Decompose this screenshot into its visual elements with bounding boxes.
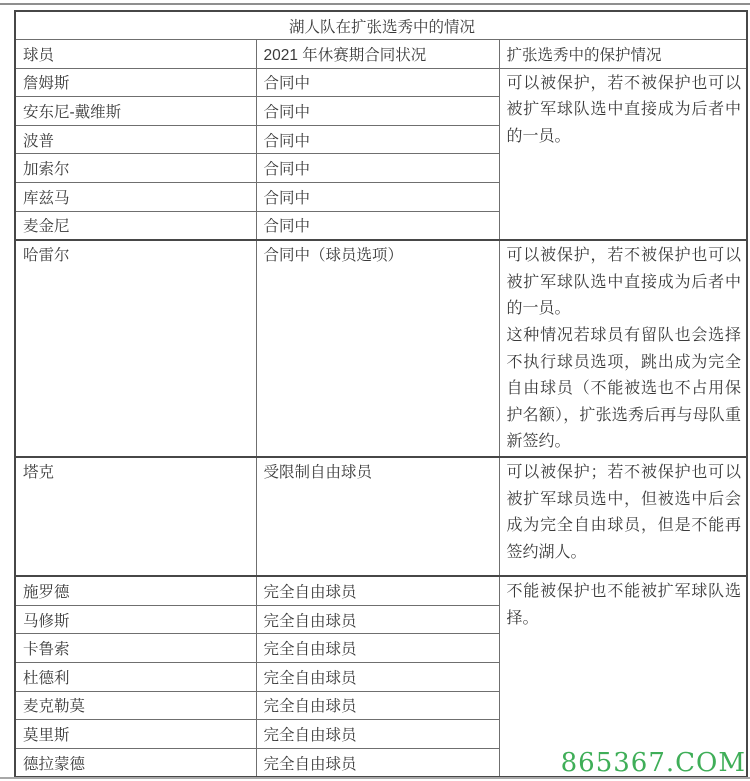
protection-text: 可以被保护，若不被保护也可以被扩军球队选中直接成为后者中的一员。: [507, 71, 742, 151]
player-name-cell: 哈雷尔: [15, 240, 256, 457]
contract-status-cell: 完全自由球员: [256, 691, 499, 720]
protection-cell: 可以被保护；若不被保护也可以被扩军球员选中，但被选中后会成为完全自由球员，但是不…: [499, 457, 747, 576]
contract-status-cell: 合同中: [256, 211, 499, 240]
player-name-cell: 麦克勒莫: [15, 691, 256, 720]
contract-status-cell: 合同中: [256, 68, 499, 97]
contract-status-cell: 完全自由球员: [256, 576, 499, 605]
protection-text: 不能被保护也不能被扩军球队选择。: [507, 579, 742, 632]
protection-text: 可以被保护，若不被保护也可以被扩军球队选中直接成为后者中的一员。: [507, 243, 742, 323]
lakers-expansion-draft-table: 湖人队在扩张选秀中的情况 球员 2021 年休赛期合同状况 扩张选秀中的保护情况…: [14, 10, 748, 778]
header-player: 球员: [15, 40, 256, 69]
protection-cell: 可以被保护，若不被保护也可以被扩军球队选中直接成为后者中的一员。: [499, 68, 747, 240]
player-name-cell: 安东尼-戴维斯: [15, 97, 256, 126]
contract-status-cell: 合同中: [256, 125, 499, 154]
player-name-cell: 杜德利: [15, 662, 256, 691]
contract-status-cell: 完全自由球员: [256, 605, 499, 634]
protection-text: 这种情况若球员有留队也会选择不执行球员选项，跳出成为完全自由球员（不能被选也不占…: [507, 323, 742, 456]
table-row: 塔克 受限制自由球员 可以被保护；若不被保护也可以被扩军球员选中，但被选中后会成…: [15, 457, 747, 576]
contract-status-cell: 合同中（球员选项）: [256, 240, 499, 457]
header-protection-status: 扩张选秀中的保护情况: [499, 40, 747, 69]
watermark-text: 865367.COM: [561, 748, 746, 778]
header-contract-status: 2021 年休赛期合同状况: [256, 40, 499, 69]
table-row: 施罗德 完全自由球员 不能被保护也不能被扩军球队选择。: [15, 576, 747, 605]
table-header-row: 球员 2021 年休赛期合同状况 扩张选秀中的保护情况: [15, 40, 747, 69]
protection-cell: 可以被保护，若不被保护也可以被扩军球队选中直接成为后者中的一员。 这种情况若球员…: [499, 240, 747, 457]
contract-status-cell: 完全自由球员: [256, 634, 499, 663]
contract-status-cell: 完全自由球员: [256, 748, 499, 777]
player-name-cell: 塔克: [15, 457, 256, 576]
player-name-cell: 詹姆斯: [15, 68, 256, 97]
player-name-cell: 马修斯: [15, 605, 256, 634]
contract-status-cell: 完全自由球员: [256, 662, 499, 691]
player-name-cell: 加索尔: [15, 154, 256, 183]
contract-status-cell: 受限制自由球员: [256, 457, 499, 576]
player-name-cell: 库兹马: [15, 182, 256, 211]
top-rule: [0, 3, 750, 5]
table-row: 詹姆斯 合同中 可以被保护，若不被保护也可以被扩军球队选中直接成为后者中的一员。: [15, 68, 747, 97]
protection-text: 可以被保护；若不被保护也可以被扩军球员选中，但被选中后会成为完全自由球员，但是不…: [507, 460, 742, 566]
player-name-cell: 麦金尼: [15, 211, 256, 240]
contract-status-cell: 完全自由球员: [256, 720, 499, 749]
player-name-cell: 德拉蒙德: [15, 748, 256, 777]
contract-status-cell: 合同中: [256, 97, 499, 126]
player-name-cell: 波普: [15, 125, 256, 154]
player-name-cell: 莫里斯: [15, 720, 256, 749]
table-row: 哈雷尔 合同中（球员选项） 可以被保护，若不被保护也可以被扩军球队选中直接成为后…: [15, 240, 747, 457]
table-title-row: 湖人队在扩张选秀中的情况: [15, 11, 747, 40]
bottom-rule: [0, 777, 750, 779]
player-name-cell: 卡鲁索: [15, 634, 256, 663]
contract-status-cell: 合同中: [256, 154, 499, 183]
player-name-cell: 施罗德: [15, 576, 256, 605]
table-title: 湖人队在扩张选秀中的情况: [15, 11, 747, 40]
contract-status-cell: 合同中: [256, 182, 499, 211]
